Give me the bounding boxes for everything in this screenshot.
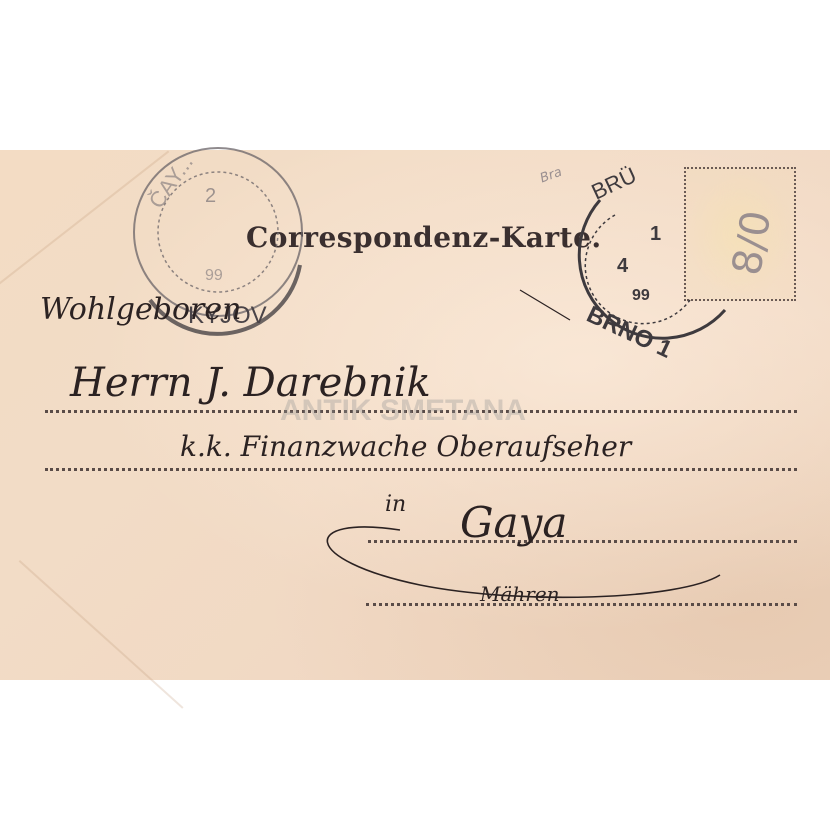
handwriting-line-2: k.k. Finanzwache Oberaufseher	[180, 430, 631, 463]
arrival-postmark-day: 1	[650, 223, 661, 245]
handwriting-flourish	[520, 290, 570, 320]
address-line-2	[45, 468, 797, 471]
handwriting-line-3-prefix: in	[385, 492, 406, 517]
handwriting-line-4: Mähren	[480, 582, 560, 606]
address-line-3	[368, 540, 797, 543]
handwriting-line-3: Gaya	[460, 498, 567, 547]
origin-postmark-year: 99	[205, 267, 223, 284]
arrival-postmark-top: BRÜ	[588, 162, 641, 204]
address-line-4	[366, 603, 797, 606]
handwriting-salutation: Wohlgeboren	[40, 292, 241, 327]
arrival-postmark-year: 99	[632, 287, 650, 304]
origin-postmark-day: 2	[205, 185, 216, 207]
arrival-postmark-bottom: BRNO 1	[582, 301, 676, 364]
arrival-postmark-month: 4	[617, 255, 629, 277]
handwriting-line-1: Herrn J. Darebnik	[70, 360, 431, 406]
